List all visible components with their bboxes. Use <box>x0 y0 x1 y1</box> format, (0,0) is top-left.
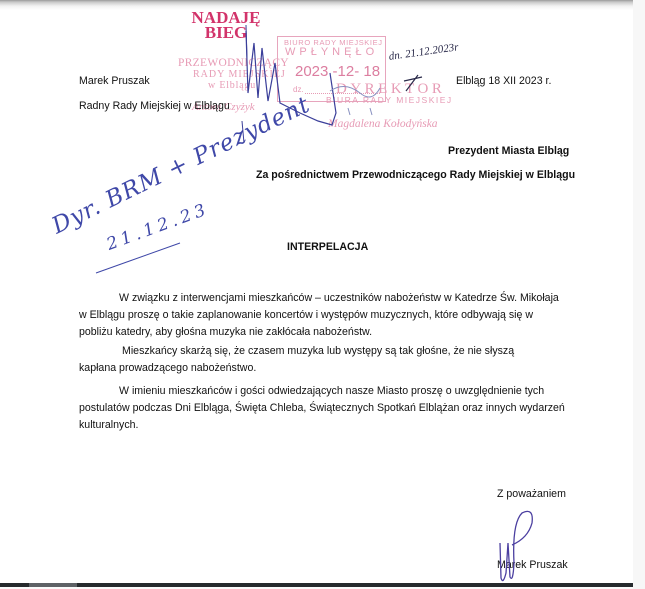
horizontal-scrollbar[interactable] <box>0 583 633 587</box>
recipient: Prezydent Miasta Elbląg <box>448 145 569 157</box>
place-date: Elbląg 18 XII 2023 r. <box>456 75 551 87</box>
chair-stamp-line2: RADY MIEJSKIEJ <box>193 69 286 80</box>
sender-title: Radny Rady Miejskiej w Elblągu <box>79 100 230 112</box>
chair-stamp-line1: PRZEWODNICZĄCY <box>178 57 289 69</box>
nadaje-bieg-stamp: NADAJĘ BIEG <box>190 10 262 40</box>
document-viewer: NADAJĘ BIEG PRZEWODNICZĄCY RADY MIEJSKIE… <box>0 0 645 589</box>
dz-label: dz. <box>293 85 304 94</box>
signature-name: Marek Pruszak <box>497 559 568 571</box>
handwritten-routing-note: Dyr. BRM + Prezydent <box>48 92 314 240</box>
handwritten-stamp-note: dn. 21.12.2023r <box>388 41 459 63</box>
horizontal-scrollbar-thumb[interactable] <box>29 583 77 587</box>
handwritten-routing-date: 21.12.23 <box>104 199 212 255</box>
bieg-line: BIEG <box>190 25 262 40</box>
director-office: BIURA RADY MIEJSKIEJ <box>326 95 453 105</box>
body-paragraph-3: W imieniu mieszkańców i gości odwiedzają… <box>79 383 569 434</box>
document-page: NADAJĘ BIEG PRZEWODNICZĄCY RADY MIEJSKIE… <box>0 3 633 583</box>
director-name: Magdalena Kołodyńska <box>328 118 438 130</box>
chair-stamp-line3: w Elblągu <box>208 80 256 91</box>
body-paragraph-1: W związku z interwencjami mieszkańców – … <box>79 290 559 341</box>
office-stamp-line2: WPŁYNĘŁO <box>285 46 378 58</box>
sender-name: Marek Pruszak <box>79 75 150 87</box>
paragraph-text: W związku z interwencjami mieszkańców – … <box>79 290 559 341</box>
paragraph-text: W imieniu mieszkańców i gości odwiedzają… <box>79 383 569 434</box>
body-paragraph-2: Mieszkańcy skarżą się, że czasem muzyka … <box>79 343 554 377</box>
received-date: 2023 -12- 18 <box>295 63 380 80</box>
paragraph-text: Mieszkańcy skarżą się, że czasem muzyka … <box>79 343 554 377</box>
via-line: Za pośrednictwem Przewodniczącego Rady M… <box>256 169 575 181</box>
document-heading: INTERPELACJA <box>287 241 368 253</box>
closing: Z poważaniem <box>497 488 566 500</box>
viewer-top-shadow <box>0 0 633 10</box>
viewer-gutter <box>633 0 645 589</box>
